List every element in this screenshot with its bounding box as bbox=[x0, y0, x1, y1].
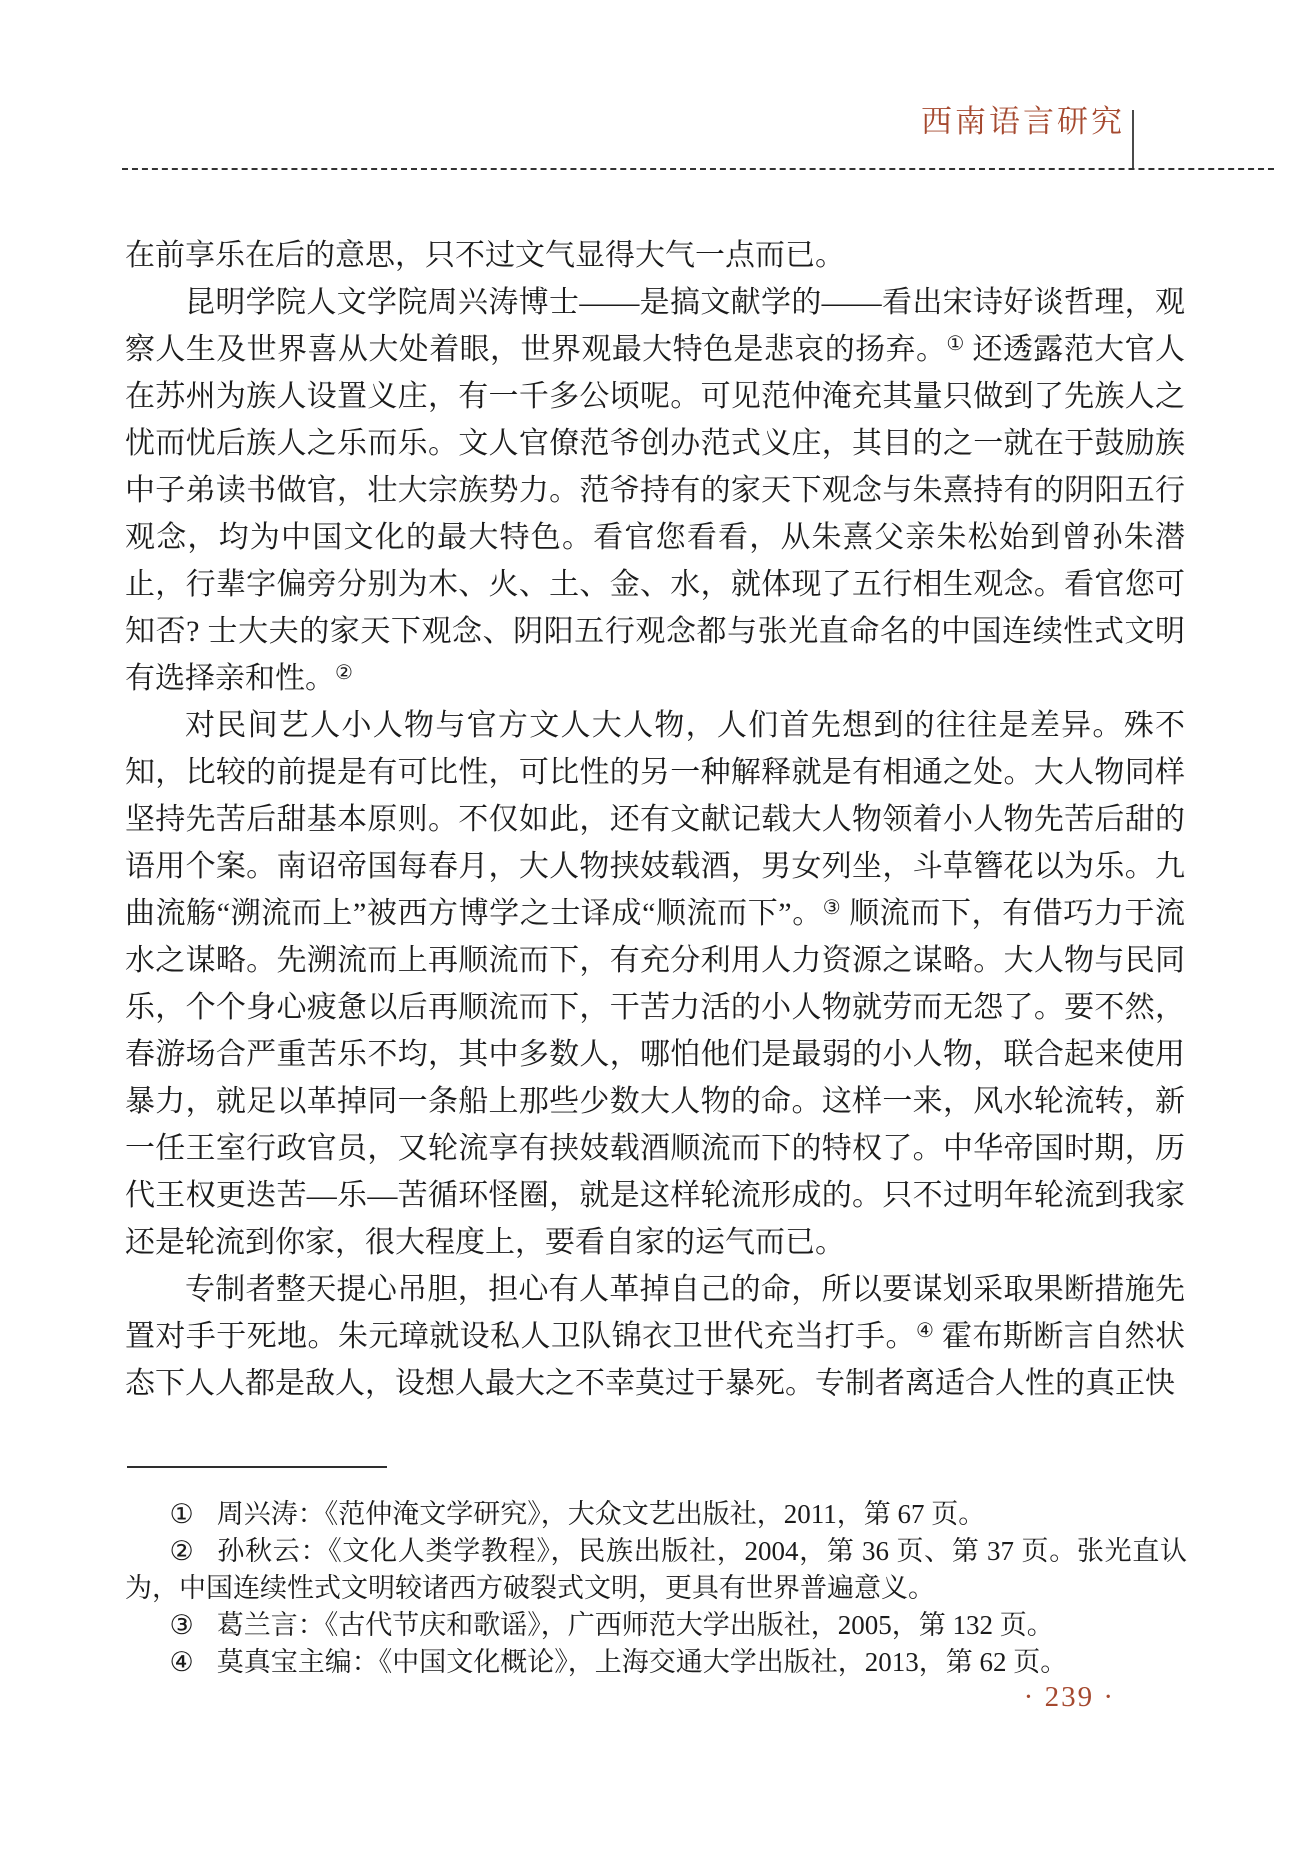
header-dashed-divider bbox=[122, 168, 1274, 170]
body-text-run: 在前享乐在后的意思，只不过文气显得大气一点而已。 bbox=[125, 239, 845, 272]
page-number: · 239 · bbox=[1024, 1680, 1115, 1715]
footnote-ref: ③ bbox=[823, 897, 841, 919]
paragraph: 在前享乐在后的意思，只不过文气显得大气一点而已。 bbox=[125, 232, 1185, 279]
running-head-title: 西南语言研究 bbox=[921, 106, 1125, 137]
footnotes: ①周兴涛：《范仲淹文学研究》，大众文艺出版社，2011，第 67 页。②孙秋云：… bbox=[125, 1496, 1187, 1681]
body-text: 在前享乐在后的意思，只不过文气显得大气一点而已。昆明学院人文学院周兴涛博士——是… bbox=[125, 232, 1185, 1407]
footnote: ①周兴涛：《范仲淹文学研究》，大众文艺出版社，2011，第 67 页。 bbox=[125, 1496, 1187, 1533]
footnote-text: 葛兰言：《古代节庆和歌谣》，广西师范大学出版社，2005，第 132 页。 bbox=[217, 1610, 1054, 1640]
footnote-text: 周兴涛：《范仲淹文学研究》，大众文艺出版社，2011，第 67 页。 bbox=[217, 1499, 986, 1529]
footnote-ref: ④ bbox=[916, 1320, 934, 1342]
footnote-marker: ② bbox=[170, 1536, 195, 1566]
footnote: ④莫真宝主编：《中国文化概论》，上海交通大学出版社，2013，第 62 页。 bbox=[125, 1644, 1187, 1681]
footnote: ③葛兰言：《古代节庆和歌谣》，广西师范大学出版社，2005，第 132 页。 bbox=[125, 1607, 1187, 1644]
book-page: 西南语言研究 在前享乐在后的意思，只不过文气显得大气一点而已。昆明学院人文学院周… bbox=[0, 0, 1307, 1859]
paragraph: 昆明学院人文学院周兴涛博士——是搞文献学的——看出宋诗好谈哲理，观察人生及世界喜… bbox=[125, 279, 1185, 702]
header-vertical-rule bbox=[1132, 110, 1134, 170]
footnote-separator bbox=[127, 1466, 387, 1468]
footnote-ref: ① bbox=[946, 333, 964, 355]
body-text-run: 顺流而下，有借巧力于流水之谋略。先溯流而上再顺流而下，有充分利用人力资源之谋略。… bbox=[125, 897, 1185, 1259]
footnote-text: 莫真宝主编：《中国文化概论》，上海交通大学出版社，2013，第 62 页。 bbox=[217, 1647, 1068, 1677]
paragraph: 对民间艺人小人物与官方文人大人物，人们首先想到的往往是差异。殊不知，比较的前提是… bbox=[125, 702, 1185, 1266]
footnote-marker: ④ bbox=[170, 1647, 194, 1677]
paragraph: 专制者整天提心吊胆，担心有人革掉自己的命，所以要谋划采取果断措施先置对手于死地。… bbox=[125, 1266, 1185, 1407]
footnote-marker: ① bbox=[170, 1499, 194, 1529]
footnote: ②孙秋云：《文化人类学教程》，民族出版社，2004，第 36 页、第 37 页。… bbox=[125, 1533, 1187, 1607]
body-text-run: 还透露范大官人在苏州为族人设置义庄，有一千多公顷呢。可见范仲淹充其量只做到了先族… bbox=[125, 333, 1185, 695]
footnote-marker: ③ bbox=[170, 1610, 194, 1640]
footnote-text: 孙秋云：《文化人类学教程》，民族出版社，2004，第 36 页、第 37 页。张… bbox=[125, 1536, 1187, 1603]
footnote-ref: ② bbox=[335, 662, 353, 684]
